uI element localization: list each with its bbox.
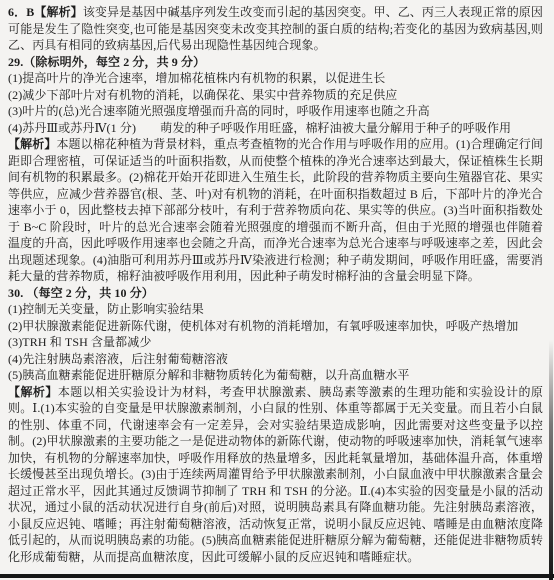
q30-answer-1: (1)控制无关变量，防止影响实验结果 [8, 301, 543, 318]
answer-key-content: 6．B【解析】该变异是基因中碱基序列发生改变而引起的基因突变。甲、乙、丙三人表现… [8, 4, 543, 565]
q30-analysis-text: 本题以相关实验设计为材料，考查甲状腺激素、胰岛素等激素的生理功能和实验设计的原则… [8, 385, 543, 564]
document-page: 6．B【解析】该变异是基因中碱基序列发生改变而引起的基因突变。甲、乙、丙三人表现… [0, 0, 554, 580]
item6-analysis-text: 该变异是基因中碱基序列发生改变而引起的基因突变。甲、乙、丙三人表现正常的原因可能… [8, 5, 543, 52]
item6-number: 6． [8, 5, 26, 19]
item6-analysis-label: 【解析】 [34, 5, 82, 19]
q29-answer-4: (4)苏丹Ⅲ或苏丹Ⅳ(1 分) 萌发的种子呼吸作用旺盛，棉籽油被大量分解用于种子… [8, 120, 543, 137]
q29-analysis-text: 本题以棉花种植为背景材料，重点考查植物的光合作用与呼吸作用的应用。(1)合理确定… [8, 137, 543, 283]
q30-header: 30. （每空 2 分，共 10 分） [8, 285, 543, 302]
q29-answer-1: (1)提高叶片的净光合速率，增加棉花植株内有机物的积累，以促进生长 [8, 70, 543, 87]
q30-analysis-paragraph: 【解析】本题以相关实验设计为材料，考查甲状腺激素、胰岛素等激素的生理功能和实验设… [8, 384, 543, 566]
q30-answer-3: (3)TRH 和 TSH 含量都减少 [8, 334, 543, 351]
scan-edge-bottom [0, 574, 554, 578]
q29-analysis-paragraph: 【解析】本题以棉花种植为背景材料，重点考查植物的光合作用与呼吸作用的应用。(1)… [8, 136, 543, 285]
q29-analysis-label: 【解析】 [8, 137, 56, 151]
scan-edge-right [549, 340, 553, 580]
q29-answer-3: (3)叶片的(总)光合速率随光照强度增强而升高的同时，呼吸作用速率也随之升高 [8, 103, 543, 120]
item6-paragraph: 6．B【解析】该变异是基因中碱基序列发生改变而引起的基因突变。甲、乙、丙三人表现… [8, 4, 543, 54]
q29-header: 29.（除标明外，每空 2 分，共 9 分） [8, 54, 543, 71]
q30-analysis-label: 【解析】 [8, 385, 58, 399]
q30-answer-2: (2)甲状腺激素能促进新陈代谢，使机体对有机物的消耗增加，有氧呼吸速率加快，呼吸… [8, 318, 543, 335]
q30-answer-4: (4)先注射胰岛素溶液，后注射葡萄糖溶液 [8, 351, 543, 368]
q29-answer-2: (2)减少下部叶片对有机物的消耗，以确保花、果实中营养物质的充足供应 [8, 87, 543, 104]
q30-answer-5: (5)胰高血糖素能促进肝糖原分解和非糖物质转化为葡萄糖，以升高血糖水平 [8, 367, 543, 384]
